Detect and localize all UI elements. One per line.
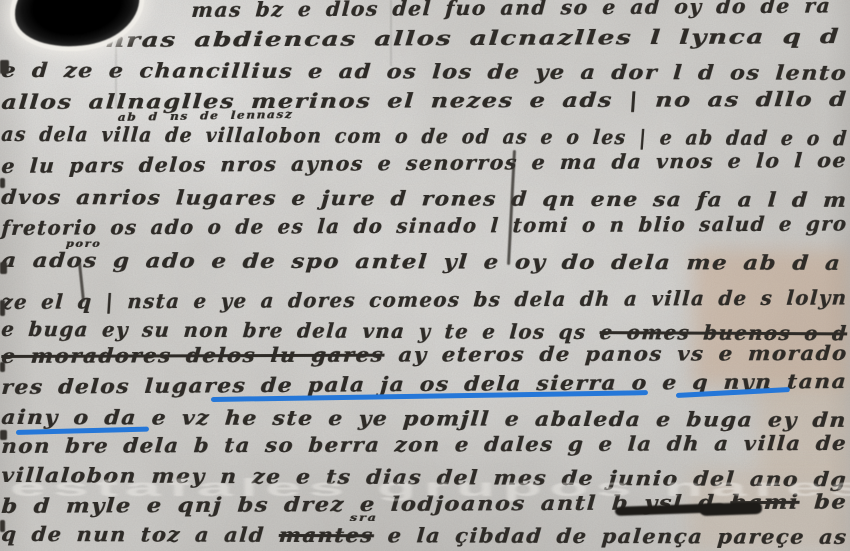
manuscript-scan: mas bz e dlos del fuo and so e ad oy do … bbox=[0, 0, 850, 551]
cut-off-stroke bbox=[0, 430, 7, 440]
manuscript-text: mas bz e dlos del fuo and so e ad oy do … bbox=[191, 0, 832, 22]
manuscript-line: poro bbox=[65, 240, 101, 250]
manuscript-line: e lu pars delos nros aynos e senorros e … bbox=[1, 150, 848, 176]
manuscript-line: e buga ey su non bre dela vna y te e los… bbox=[0, 319, 847, 343]
manuscript-text: as dela villa de villalobon com o de od … bbox=[0, 122, 848, 150]
manuscript-line: villalobon mey n ze e ts dias del mes de… bbox=[0, 465, 847, 489]
cut-off-stroke bbox=[0, 262, 7, 274]
struck-text: e moradores delos lu gares bbox=[1, 343, 385, 368]
manuscript-line: fretorio os ado o de es la do sinado l t… bbox=[1, 214, 848, 238]
manuscript-line: ab d ns de lennasz bbox=[117, 109, 293, 123]
manuscript-line: ze el q | nsta e ye a dores comeos bs de… bbox=[1, 288, 848, 312]
manuscript-line: e moradores delos lu gares ay eteros de … bbox=[1, 343, 849, 366]
manuscript-line: non bre dela b ta so berra zon e dales g… bbox=[1, 433, 848, 456]
cut-off-stroke bbox=[0, 60, 9, 74]
manuscript-line: allos allnaglles merinos el nezes e ads … bbox=[1, 89, 848, 112]
manuscript-line: as dela villa de villalobon com o de od … bbox=[0, 124, 848, 148]
manuscript-text: e d ze e chancillius e ad os los de ye a… bbox=[0, 58, 848, 85]
manuscript-text: non bre dela b ta so berra zon e dales g… bbox=[1, 431, 848, 458]
ink-blot bbox=[700, 502, 762, 516]
manuscript-text: be bbox=[798, 490, 848, 514]
cut-off-stroke bbox=[0, 362, 5, 372]
manuscript-line: nras abdiencas allos alcnazlles l lynca … bbox=[105, 26, 841, 50]
cut-off-stroke bbox=[0, 178, 5, 188]
manuscript-text: villalobon mey n ze e ts dias del mes de… bbox=[0, 463, 848, 491]
cut-off-stroke bbox=[0, 300, 5, 316]
manuscript-line: dvos anrios lugares e jure d rones d qn … bbox=[1, 187, 849, 210]
manuscript-line: mas bz e dlos del fuo and so e ad oy do … bbox=[191, 0, 832, 20]
manuscript-text: poro bbox=[65, 239, 101, 250]
manuscript-text: dvos anrios lugares e jure d rones d qn … bbox=[0, 185, 848, 212]
manuscript-text: e la çibdad de palença pareçe as bbox=[373, 523, 849, 549]
manuscript-text: nras abdiencas allos alcnazlles l lynca … bbox=[105, 24, 841, 52]
cut-off-stroke bbox=[0, 520, 5, 532]
manuscript-line: a ados g ado e de spo antel yl e oy do d… bbox=[1, 250, 842, 273]
manuscript-text: q de nun toz a ald bbox=[0, 522, 279, 547]
manuscript-text: ay eteros de panos vs e morado bbox=[383, 341, 848, 367]
struck-text: mantes bbox=[278, 523, 375, 547]
manuscript-text: ze el q | nsta e ye a dores comeos bs de… bbox=[1, 286, 848, 314]
manuscript-text: a ados g ado e de spo antel yl e oy do d… bbox=[0, 248, 842, 275]
manuscript-text: fretorio os ado o de es la do sinado l t… bbox=[1, 212, 849, 240]
manuscript-line: q de nun toz a ald mantes e la çibdad de… bbox=[1, 524, 849, 547]
manuscript-text: e buga ey su non bre dela vna y te e los… bbox=[0, 317, 600, 344]
manuscript-line: e d ze e chancillius e ad os los de ye a… bbox=[1, 60, 848, 83]
manuscript-text: e lu pars delos nros aynos e senorros e … bbox=[1, 148, 848, 178]
manuscript-text: ab d ns de lennasz bbox=[117, 108, 293, 124]
